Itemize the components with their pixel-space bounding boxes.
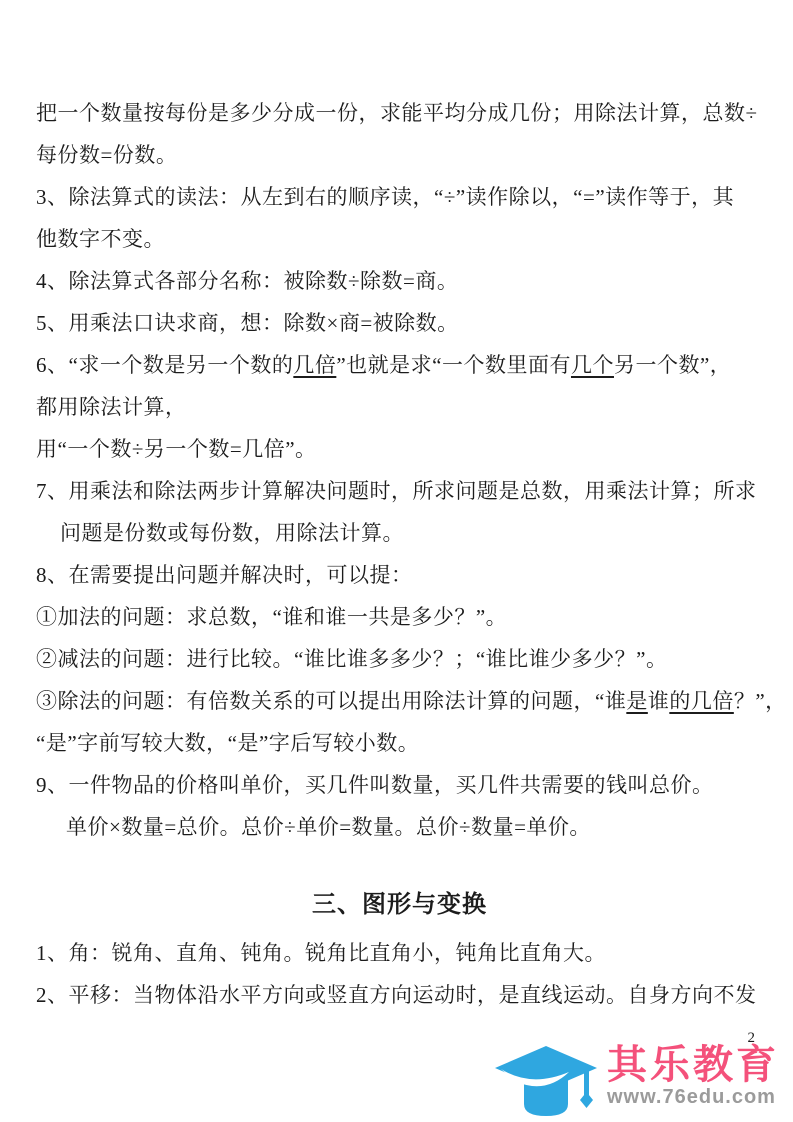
text-line: 6、“求一个数是另一个数的几倍”也就是求“一个数里面有几个另一个数”， xyxy=(36,344,763,386)
text-segment: 用“一个数÷另一个数=几倍”。 xyxy=(36,437,317,461)
text-line: 2、平移：当物体沿水平方向或竖直方向运动时，是直线运动。自身方向不发 xyxy=(36,974,763,1016)
text-line: 7、用乘法和除法两步计算解决问题时，所求问题是总数，用乘法计算；所求 xyxy=(36,470,763,512)
text-segment: 谁 xyxy=(648,689,670,713)
text-segment: 三、图形与变换 xyxy=(312,892,487,918)
text-line: “是”字前写较大数，“是”字后写较小数。 xyxy=(36,722,763,764)
text-line: 4、除法算式各部分名称：被除数÷除数=商。 xyxy=(36,260,763,302)
text-segment: 问题是份数或每份数，用除法计算。 xyxy=(60,521,404,545)
text-segment: 5、用乘法口诀求商，想：除数×商=被除数。 xyxy=(36,311,459,335)
text-segment: ①加法的问题：求总数，“谁和谁一共是多少？”。 xyxy=(36,605,507,629)
text-segment: ②减法的问题：进行比较。“谁比谁多多少？；“谁比谁少多少？”。 xyxy=(36,647,667,671)
text-line: 5、用乘法口诀求商，想：除数×商=被除数。 xyxy=(36,302,763,344)
text-segment: 7、用乘法和除法两步计算解决问题时，所求问题是总数，用乘法计算；所求 xyxy=(36,479,757,503)
text-line: 单价×数量=总价。总价÷单价=数量。总价÷数量=单价。 xyxy=(36,806,763,848)
text-line: 3、除法算式的读法：从左到右的顺序读，“÷”读作除以，“=”读作等于，其 xyxy=(36,176,763,218)
text-line: ①加法的问题：求总数，“谁和谁一共是多少？”。 xyxy=(36,596,763,638)
brand-url: www.76edu.com xyxy=(607,1086,776,1108)
section-heading: 三、图形与变换 xyxy=(36,884,763,926)
text-segment: 都用除法计算， xyxy=(36,395,187,419)
underlined-text: 的几倍 xyxy=(669,689,734,713)
underlined-text: 是 xyxy=(626,689,648,713)
text-line: 把一个数量按每份是多少分成一份，求能平均分成几份；用除法计算，总数÷ xyxy=(36,92,763,134)
text-segment: ”也就是求“一个数里面有 xyxy=(336,353,571,377)
document-page: 把一个数量按每份是多少分成一份，求能平均分成几份；用除法计算，总数÷每份数=份数… xyxy=(0,0,793,1122)
text-segment: ③除法的问题：有倍数关系的可以提出用除法计算的问题，“谁 xyxy=(36,689,626,713)
site-logo: 其乐教育 www.76edu.com xyxy=(491,1042,779,1122)
text-line: 问题是份数或每份数，用除法计算。 xyxy=(36,512,763,554)
text-segment: 每份数=份数。 xyxy=(36,143,177,167)
text-segment: 9、一件物品的价格叫单价，买几件叫数量，买几件共需要的钱叫总价。 xyxy=(36,773,714,797)
text-segment: 1、角：锐角、直角、钝角。锐角比直角小，钝角比直角大。 xyxy=(36,941,606,965)
text-segment: “是”字前写较大数，“是”字后写较小数。 xyxy=(36,731,419,755)
graduation-cap-icon xyxy=(491,1042,601,1122)
underlined-text: 几倍 xyxy=(293,353,336,377)
text-segment: ？”， xyxy=(734,689,787,713)
document-body: 把一个数量按每份是多少分成一份，求能平均分成几份；用除法计算，总数÷每份数=份数… xyxy=(36,92,763,1016)
text-line: 9、一件物品的价格叫单价，买几件叫数量，买几件共需要的钱叫总价。 xyxy=(36,764,763,806)
brand-text-block: 其乐教育 www.76edu.com xyxy=(607,1042,779,1108)
underlined-text: 几个 xyxy=(571,353,614,377)
brand-name: 其乐教育 xyxy=(607,1044,779,1086)
text-line: 都用除法计算， xyxy=(36,386,763,428)
text-line: 用“一个数÷另一个数=几倍”。 xyxy=(36,428,763,470)
text-line: 每份数=份数。 xyxy=(36,134,763,176)
text-segment: 4、除法算式各部分名称：被除数÷除数=商。 xyxy=(36,269,458,293)
text-segment: 把一个数量按每份是多少分成一份，求能平均分成几份；用除法计算，总数÷ xyxy=(36,101,758,125)
text-segment: 他数字不变。 xyxy=(36,227,165,251)
text-line: ③除法的问题：有倍数关系的可以提出用除法计算的问题，“谁是谁的几倍？”， xyxy=(36,680,763,722)
text-segment: 8、在需要提出问题并解决时，可以提： xyxy=(36,563,413,587)
text-line: ②减法的问题：进行比较。“谁比谁多多少？；“谁比谁少多少？”。 xyxy=(36,638,763,680)
text-segment: 另一个数”， xyxy=(614,353,731,377)
text-line: 8、在需要提出问题并解决时，可以提： xyxy=(36,554,763,596)
text-line: 1、角：锐角、直角、钝角。锐角比直角小，钝角比直角大。 xyxy=(36,932,763,974)
text-segment: 3、除法算式的读法：从左到右的顺序读，“÷”读作除以，“=”读作等于，其 xyxy=(36,185,734,209)
text-segment: 2、平移：当物体沿水平方向或竖直方向运动时，是直线运动。自身方向不发 xyxy=(36,983,757,1007)
text-segment: 单价×数量=总价。总价÷单价=数量。总价÷数量=单价。 xyxy=(66,815,591,839)
text-segment: 6、“求一个数是另一个数的 xyxy=(36,353,293,377)
text-line: 他数字不变。 xyxy=(36,218,763,260)
